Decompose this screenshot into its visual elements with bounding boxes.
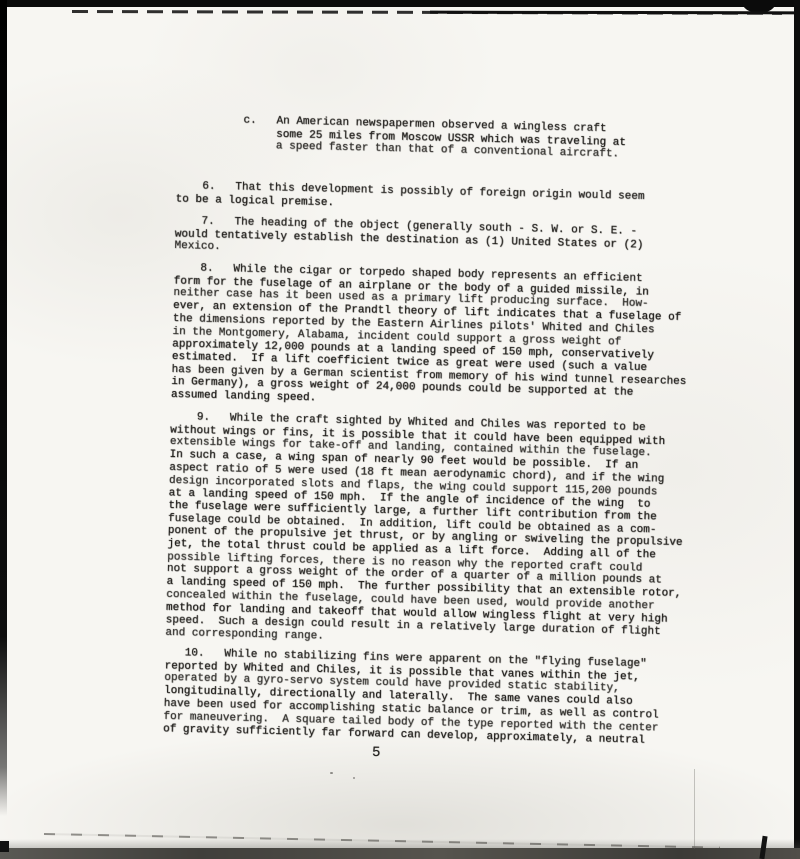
scan-edge-top-solid-line (430, 11, 796, 15)
page-number: 5 (372, 745, 381, 761)
paragraph-8: 8. While the cigar or torpedo shaped bod… (171, 262, 689, 414)
paragraph-6: 6. That this development is possibly of … (175, 180, 644, 216)
ink-speck (353, 777, 355, 779)
scan-edge-left (0, 0, 7, 816)
scan-edge-bottom (0, 848, 800, 859)
paper-fold-line (694, 769, 695, 849)
sub-item-c: c. An American newspapermen observed a w… (177, 113, 627, 162)
paragraph-10: 10. While no stabilizing fins were appar… (163, 647, 660, 748)
scanned-document-page: c. An American newspapermen observed a w… (0, 0, 800, 859)
scan-edge-bottom-left-nub (0, 841, 9, 852)
scan-edge-right (794, 0, 800, 859)
paragraph-7: 7. The heading of the object (generally … (174, 215, 643, 264)
ink-speck (330, 772, 333, 774)
scan-edge-top (0, 0, 800, 7)
document-text: c. An American newspapermen observed a w… (178, 98, 782, 112)
paragraph-9: 9. While the craft sighted by Whited and… (165, 411, 685, 652)
